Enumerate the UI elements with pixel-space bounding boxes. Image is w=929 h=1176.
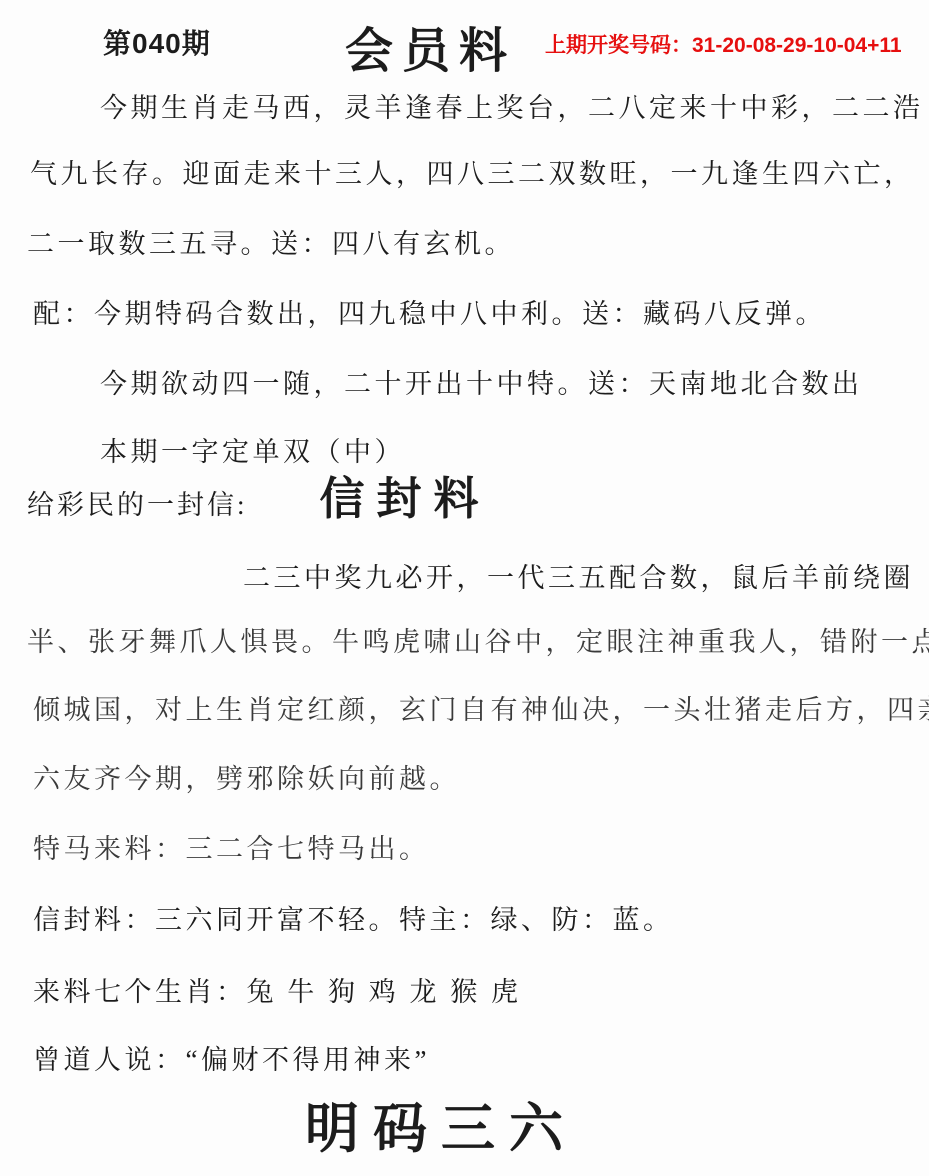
- envelope-line: 二三中奖九必开，一代三五配合数，鼠后羊前绕圈: [243, 556, 914, 595]
- member-line: 气九长存。迎面走来十三人，四八三二双数旺，一九逢生四六亡，: [30, 152, 915, 191]
- member-line: 今期欲动四一随，二十开出十中特。送：天南地北合数出: [100, 362, 863, 401]
- envelope-line: 来料七个生肖：兔 牛 狗 鸡 龙 猴 虎: [33, 970, 522, 1009]
- page-title: 会员料: [345, 12, 516, 81]
- last-draw-numbers: 上期开奖号码：31-20-08-29-10-04+11: [545, 29, 902, 59]
- member-line: 二一取数三五寻。送：四八有玄机。: [27, 222, 515, 261]
- envelope-heading: 给彩民的一封信: 信封料: [27, 462, 491, 527]
- envelope-line: 特马来料：三二合七特马出。: [33, 827, 430, 866]
- envelope-line: 信封料：三六同开富不轻。特主：绿、防：蓝。: [33, 898, 674, 937]
- envelope-line: 曾道人说：“偏财不得用神来”: [33, 1038, 430, 1077]
- footer-title: 明码三六: [305, 1086, 577, 1163]
- tip-sheet-page: 第040期 会员料 上期开奖号码：31-20-08-29-10-04+11 今期…: [0, 0, 929, 1176]
- envelope-line: 六友齐今期，劈邪除妖向前越。: [33, 757, 460, 796]
- envelope-intro-label: 给彩民的一封信:: [27, 483, 248, 522]
- envelope-section-title: 信封料: [320, 462, 491, 527]
- issue-number: 第040期: [103, 22, 211, 62]
- member-line: 配：今期特码合数出，四九稳中八中利。送：藏码八反弹。: [33, 292, 826, 331]
- member-line: 今期生肖走马西，灵羊逢春上奖台，二八定来十中彩，二二浩: [100, 86, 924, 125]
- envelope-line: 倾城国，对上生肖定红颜，玄门自有神仙决，一头壮猪走后方，四亲: [33, 688, 929, 727]
- envelope-line: 半、张牙舞爪人惧畏。牛鸣虎啸山谷中，定眼注神重我人，错附一点、: [27, 620, 929, 659]
